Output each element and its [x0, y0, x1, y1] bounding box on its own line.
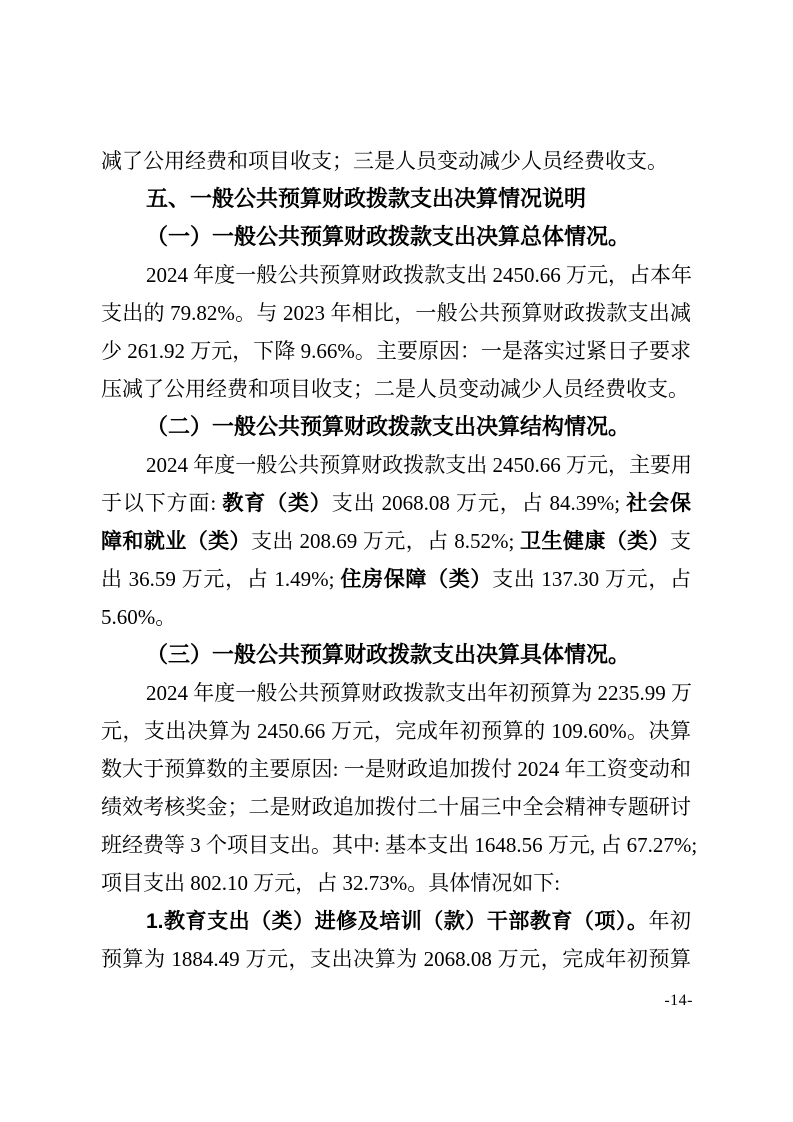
text-segment: 压减了公用经费和项目收支；二是人员变动减少人员经费收支。 [101, 377, 689, 401]
body-line: 支出的 79.82%。与 2023 年相比，一般公共预算财政拨款支出减 [101, 294, 691, 332]
bold-text-segment: 障和就业（类） [101, 530, 251, 553]
bold-text-segment: 住房保障（类） [340, 568, 492, 591]
text-segment: （二）一般公共预算财政拨款支出决算结构情况。 [146, 414, 630, 439]
subsection-heading: （二）一般公共预算财政拨款支出决算结构情况。 [101, 408, 691, 446]
subsection-heading: （一）一般公共预算财政拨款支出决算总体情况。 [101, 218, 691, 256]
text-segment: 支出 137.30 万元，占 [492, 567, 691, 591]
text-segment: 减了公用经费和项目收支；三是人员变动减少人员经费收支。 [101, 149, 668, 173]
body-line: 2024 年度一般公共预算财政拨款支出年初预算为 2235.99 万 [101, 674, 691, 712]
text-segment: 支出的 79.82%。与 2023 年相比，一般公共预算财政拨款支出减 [101, 301, 691, 325]
text-segment: 元，支出决算为 2450.66 万元，完成年初预算的 109.60%。决算 [101, 719, 691, 743]
text-segment: 少 261.92 万元，下降 9.66%。主要原因：一是落实过紧日子要求 [101, 339, 691, 363]
text-segment: 支出 208.69 万元，占 8.52%; [251, 529, 520, 553]
body-line: 5.60%。 [101, 598, 691, 636]
bold-text-segment: 教育（类） [222, 492, 331, 515]
text-segment: 数大于预算数的主要原因: 一是财政追加拨付 2024 年工资变动和 [101, 757, 691, 781]
body-line: 数大于预算数的主要原因: 一是财政追加拨付 2024 年工资变动和 [101, 750, 691, 788]
bold-text-segment: 卫生健康（类） [520, 530, 670, 553]
text-segment: 出 36.59 万元，占 1.49%; [101, 567, 340, 591]
text-segment: 5.60%。 [101, 605, 176, 629]
text-segment: 于以下方面: [101, 491, 222, 515]
body-line: 2024 年度一般公共预算财政拨款支出 2450.66 万元，主要用 [101, 446, 691, 484]
body-line: 减了公用经费和项目收支；三是人员变动减少人员经费收支。 [101, 142, 691, 180]
body-line: 压减了公用经费和项目收支；二是人员变动减少人员经费收支。 [101, 370, 691, 408]
text-segment: 五、一般公共预算财政拨款支出决算情况说明 [146, 186, 586, 211]
bold-text-segment: 社会保 [626, 492, 691, 515]
text-segment: 2024 年度一般公共预算财政拨款支出 2450.66 万元，主要用 [146, 453, 692, 477]
body-line: 2024 年度一般公共预算财政拨款支出 2450.66 万元，占本年 [101, 256, 691, 294]
document-page: 减了公用经费和项目收支；三是人员变动减少人员经费收支。五、一般公共预算财政拨款支… [0, 0, 793, 1122]
text-segment: 绩效考核奖金；二是财政追加拨付二十届三中全会精神专题研讨 [101, 795, 691, 819]
section-heading: 五、一般公共预算财政拨款支出决算情况说明 [101, 180, 691, 218]
document-text-area: 减了公用经费和项目收支；三是人员变动减少人员经费收支。五、一般公共预算财政拨款支… [101, 142, 691, 978]
body-line: 少 261.92 万元，下降 9.66%。主要原因：一是落实过紧日子要求 [101, 332, 691, 370]
text-segment: （三）一般公共预算财政拨款支出决算具体情况。 [146, 642, 630, 667]
body-line: 预算为 1884.49 万元，支出决算为 2068.08 万元，完成年初预算 [101, 940, 691, 978]
text-segment: 2024 年度一般公共预算财政拨款支出年初预算为 2235.99 万 [146, 681, 692, 705]
text-segment: 项目支出 802.10 万元，占 32.73%。具体情况如下: [101, 871, 560, 895]
text-segment: 2024 年度一般公共预算财政拨款支出 2450.66 万元，占本年 [146, 263, 692, 287]
page-number: -14- [664, 992, 693, 1010]
text-segment: （一）一般公共预算财政拨款支出决算总体情况。 [146, 224, 630, 249]
body-line: 出 36.59 万元，占 1.49%; 住房保障（类）支出 137.30 万元，… [101, 560, 691, 598]
body-line: 1.教育支出（类）进修及培训（款）干部教育（项）。年初 [101, 902, 691, 940]
body-line: 元，支出决算为 2450.66 万元，完成年初预算的 109.60%。决算 [101, 712, 691, 750]
body-line: 项目支出 802.10 万元，占 32.73%。具体情况如下: [101, 864, 691, 902]
text-segment: 支出 2068.08 万元，占 84.39%; [332, 491, 627, 515]
bold-text-segment: 1.教育支出（类）进修及培训（款）干部教育（项）。 [146, 910, 648, 933]
body-line: 于以下方面: 教育（类）支出 2068.08 万元，占 84.39%; 社会保 [101, 484, 691, 522]
text-segment: 支 [670, 529, 691, 553]
text-segment: 班经费等 3 个项目支出。其中: 基本支出 1648.56 万元, 占 67.2… [101, 833, 697, 857]
body-line: 障和就业（类）支出 208.69 万元，占 8.52%; 卫生健康（类）支 [101, 522, 691, 560]
text-segment: 年初 [648, 909, 691, 933]
body-line: 班经费等 3 个项目支出。其中: 基本支出 1648.56 万元, 占 67.2… [101, 826, 691, 864]
subsection-heading: （三）一般公共预算财政拨款支出决算具体情况。 [101, 636, 691, 674]
text-segment: 预算为 1884.49 万元，支出决算为 2068.08 万元，完成年初预算 [101, 947, 691, 971]
body-line: 绩效考核奖金；二是财政追加拨付二十届三中全会精神专题研讨 [101, 788, 691, 826]
